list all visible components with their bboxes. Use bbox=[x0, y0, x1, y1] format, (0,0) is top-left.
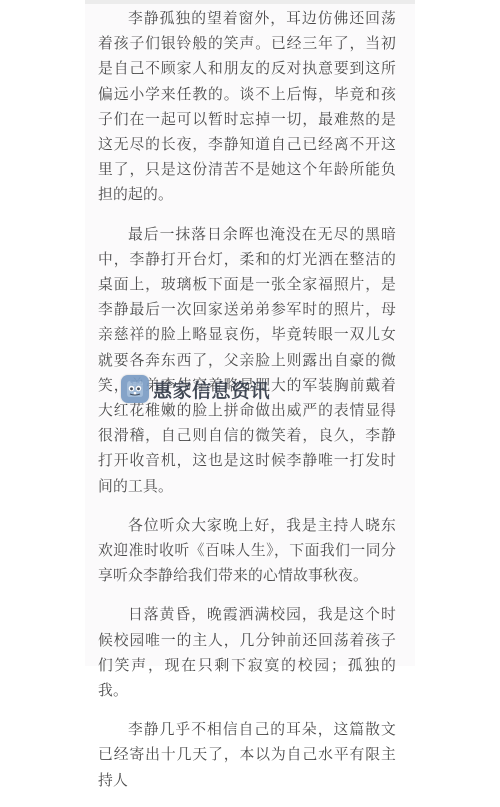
top-divider bbox=[85, 0, 415, 4]
paragraph-3: 各位听众大家晚上好，我是主持人晓东欢迎准时收听《百味人生》，下面我们一同分享听众… bbox=[98, 513, 396, 589]
paragraph-1: 李静孤独的望着窗外，耳边仿佛还回荡着孩子们银铃般的笑声。已经三年了，当初是自己不… bbox=[98, 6, 396, 208]
article-body: 李静孤独的望着窗外，耳边仿佛还回荡着孩子们银铃般的笑声。已经三年了，当初是自己不… bbox=[98, 6, 396, 666]
paragraph-4: 日落黄昏，晚霞洒满校园，我是这个时候校园唯一的主人，几分钟前还回荡着孩子们笑声，… bbox=[98, 602, 396, 666]
article-page: 李静孤独的望着窗外，耳边仿佛还回荡着孩子们银铃般的笑声。已经三年了，当初是自己不… bbox=[85, 0, 415, 666]
paragraph-2: 最后一抹落日余晖也淹没在无尽的黑暗中，李静打开台灯，柔和的灯光洒在整洁的桌面上，… bbox=[98, 222, 396, 499]
watermark: 惠家信息资讯 bbox=[121, 375, 270, 403]
mascot-icon bbox=[121, 375, 149, 403]
watermark-text: 惠家信息资讯 bbox=[153, 376, 270, 403]
